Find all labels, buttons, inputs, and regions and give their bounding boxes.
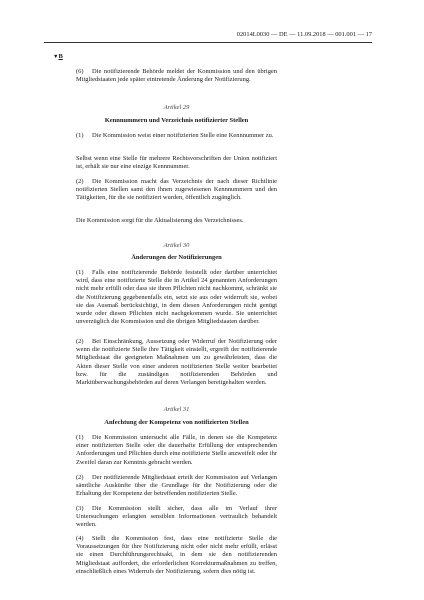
amendment-marker: ▼B [53,53,63,60]
paragraph-text: Die notifizierende Behörde meldet der Ko… [76,68,277,83]
article-30-paragraph-2: (2)Bei Einschränkung, Aussetzung oder Wi… [76,338,277,387]
article-29-paragraph-1: (1)Die Kommission weist einer notifizier… [76,132,277,140]
article-29-paragraph-2: (2)Die Kommission macht das Verzeichnis … [76,178,277,203]
article-31-number: Artikel 31 [76,406,277,413]
article-29-paragraph-2b: Die Kommission sorgt für die Aktualisier… [76,217,277,225]
article-29-title: Kennnummern und Verzeichnis notifizierte… [76,117,277,124]
article-31-paragraph-1: (1)Die Kommission untersucht alle Fälle,… [76,434,277,467]
article-31-paragraph-4: (4)Stellt die Kommission fest, dass eine… [76,535,277,576]
marker-label: B [58,53,62,60]
article-29-paragraph-1b: Selbst wenn eine Stelle für mehrere Rech… [76,155,277,171]
paragraph-number: (2) [76,474,92,482]
paragraph-number: (4) [76,535,92,543]
article-31-paragraph-2: (2)Der notifizierende Mitgliedstaat erte… [76,474,277,499]
document-header: 02014L0030 — DE — 11.09.2018 — 001.001 —… [44,30,372,43]
paragraph-text: Die Kommission stellt sicher, dass alle … [76,505,277,528]
paragraph-number: (6) [76,68,92,76]
paragraph-6: (6)Die notifizierende Behörde meldet der… [76,68,277,84]
paragraph-text: Die Kommission sorgt für die Aktualisier… [76,217,277,225]
paragraph-number: (3) [76,505,92,513]
paragraph-number: (2) [76,338,92,346]
article-31-paragraph-3: (3)Die Kommission stellt sicher, dass al… [76,505,277,530]
paragraph-text: Der notifizierende Mitgliedstaat erteilt… [76,474,277,497]
paragraph-text: Falls eine notifizierende Behörde festst… [76,269,277,325]
paragraph-text: Stellt die Kommission fest, dass eine no… [76,535,277,575]
article-29-number: Artikel 29 [76,104,277,111]
article-30-paragraph-1: (1)Falls eine notifizierende Behörde fes… [76,269,277,326]
paragraph-number: (2) [76,178,92,186]
paragraph-text: Die Kommission untersucht alle Fälle, in… [76,434,277,466]
document-reference: 02014L0030 — DE — 11.09.2018 — 001.001 —… [237,31,372,38]
paragraph-text: Selbst wenn eine Stelle für mehrere Rech… [76,155,277,171]
paragraph-number: (1) [76,434,92,442]
paragraph-text: Die Kommission macht das Verzeichnis der… [76,178,277,201]
article-31-title: Anfechtung der Kompetenz von notifiziert… [76,419,277,426]
paragraph-text: Bei Einschränkung, Aussetzung oder Wider… [76,338,277,386]
paragraph-number: (1) [76,132,92,140]
paragraph-text: Die Kommission weist einer notifizierten… [92,132,273,139]
paragraph-number: (1) [76,269,92,277]
article-30-number: Artikel 30 [76,242,277,249]
article-30-title: Änderungen der Notifizierungen [76,254,277,261]
